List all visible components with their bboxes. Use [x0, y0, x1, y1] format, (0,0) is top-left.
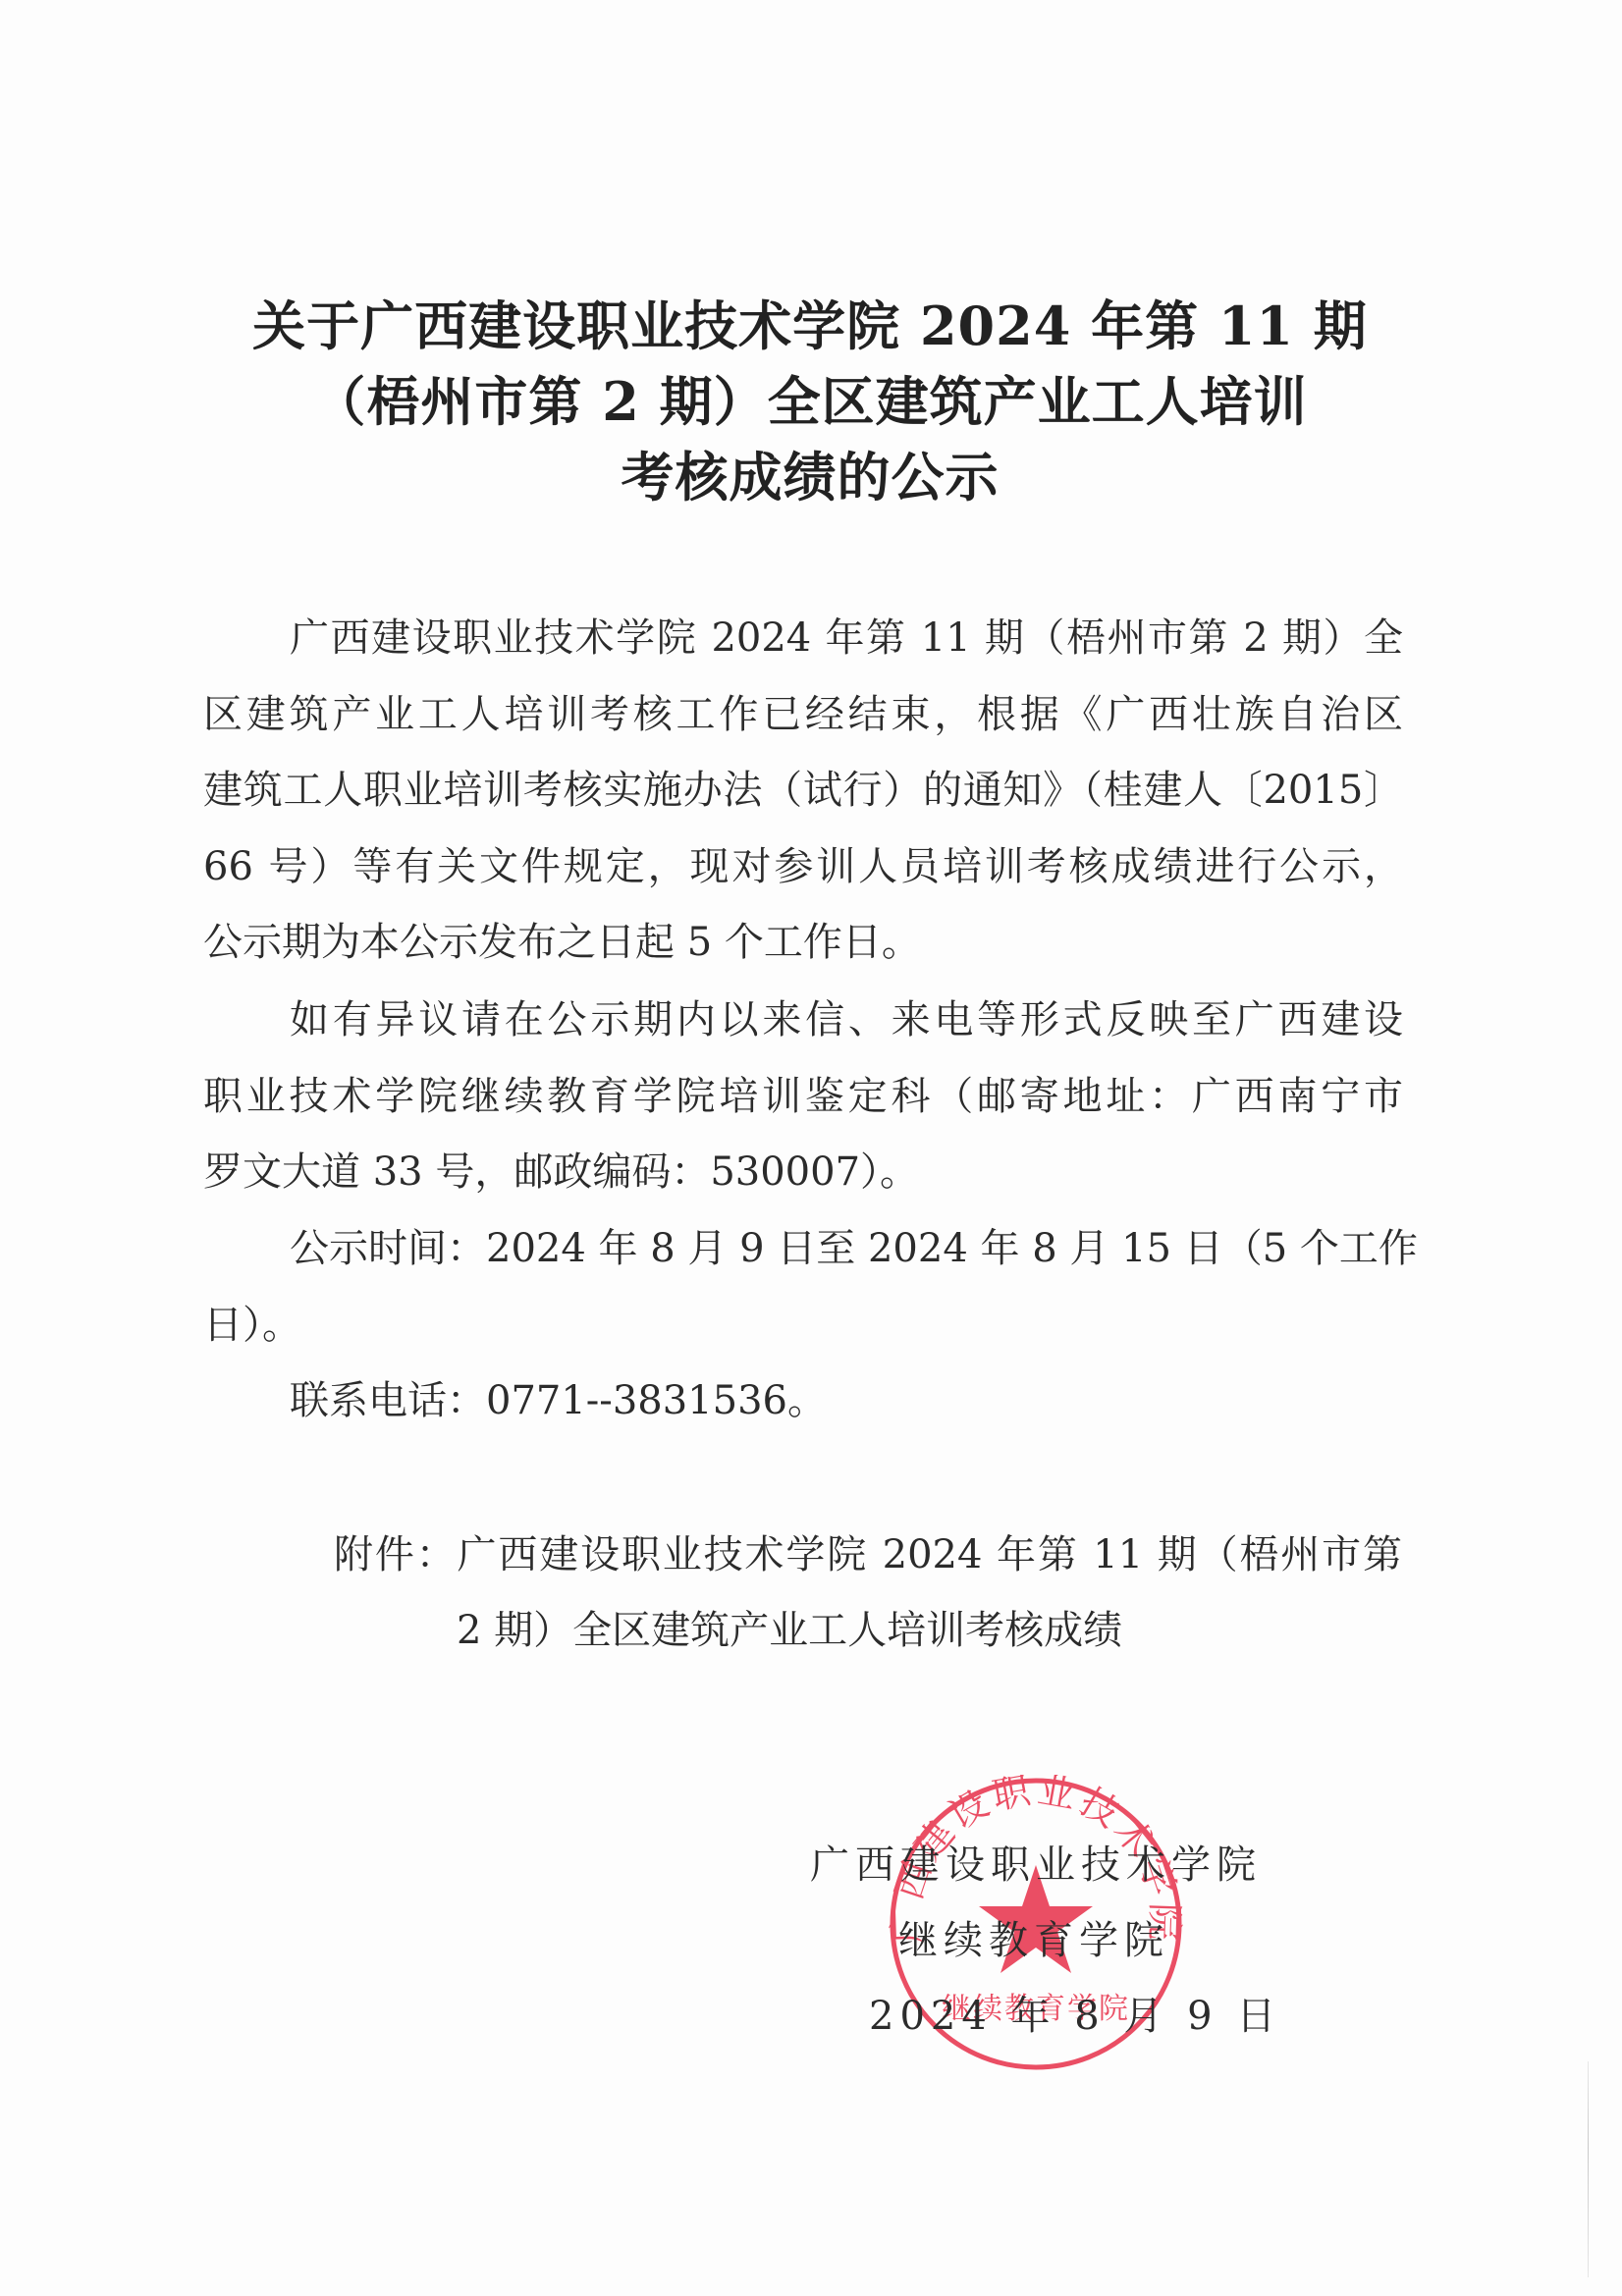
paragraph-line: 职业技术学院继续教育学院培训鉴定科（邮寄地址：广西南宁市	[203, 1059, 1403, 1136]
paragraph-line: 如有异议请在公示期内以来信、来电等形式反映至广西建设	[203, 983, 1403, 1059]
paragraph-line: 66 号）等有关文件规定，现对参训人员培训考核成绩进行公示，	[203, 829, 1403, 906]
paragraph-line: 公示时间：2024 年 8 月 9 日至 2024 年 8 月 15 日（5 个…	[203, 1211, 1403, 1288]
title-line-3: 考核成绩的公示	[196, 440, 1424, 515]
title-line-1: 关于广西建设职业技术学院 2024 年第 11 期	[196, 289, 1424, 364]
paragraph-line: 建筑工人职业培训考核实施办法（试行）的通知》（桂建人〔2015〕	[203, 753, 1403, 829]
paragraph-line: 区建筑产业工人培训考核工作已经结束，根据《广西壮族自治区	[203, 677, 1403, 754]
signature-date: 2024 年 8 月 9 日	[869, 1979, 1281, 2055]
title-line-2: （梧州市第 2 期）全区建筑产业工人培训	[196, 364, 1424, 440]
attachment-line-2: 2 期）全区建筑产业工人培训考核成绩	[457, 1593, 1122, 1669]
contact-phone: 联系电话：0771--3831536。	[203, 1363, 1403, 1440]
document-page: 关于广西建设职业技术学院 2024 年第 11 期 （梧州市第 2 期）全区建筑…	[0, 0, 1622, 2296]
attachment-line-1: 附件：广西建设职业技术学院 2024 年第 11 期（梧州市第	[334, 1518, 1402, 1593]
paragraph-publicity-period: 公示时间：2024 年 8 月 9 日至 2024 年 8 月 15 日（5 个…	[203, 1211, 1403, 1363]
paragraph-line: 公示期为本公示发布之日起 5 个工作日。	[203, 905, 1403, 982]
paragraph-line: 广西建设职业技术学院 2024 年第 11 期（梧州市第 2 期）全	[203, 601, 1403, 677]
paragraph-line: 罗文大道 33 号，邮政编码：530007）。	[203, 1135, 1403, 1211]
paragraph-announcement: 广西建设职业技术学院 2024 年第 11 期（梧州市第 2 期）全 区建筑产业…	[203, 601, 1403, 982]
attachment-text: 附件：广西建设职业技术学院 2024 年第 11 期（梧州市第	[334, 1518, 1402, 1593]
scan-artifact-line	[1588, 2061, 1589, 2277]
signature-organization: 广西建设职业技术学院	[810, 1828, 1262, 1903]
paragraph-contact: 联系电话：0771--3831536。	[203, 1363, 1403, 1440]
paragraph-objection: 如有异议请在公示期内以来信、来电等形式反映至广西建设 职业技术学院继续教育学院培…	[203, 983, 1403, 1211]
document-title: 关于广西建设职业技术学院 2024 年第 11 期 （梧州市第 2 期）全区建筑…	[196, 289, 1424, 515]
signature-department: 继续教育学院	[898, 1903, 1169, 1979]
paragraph-line: 日）。	[203, 1288, 1403, 1364]
